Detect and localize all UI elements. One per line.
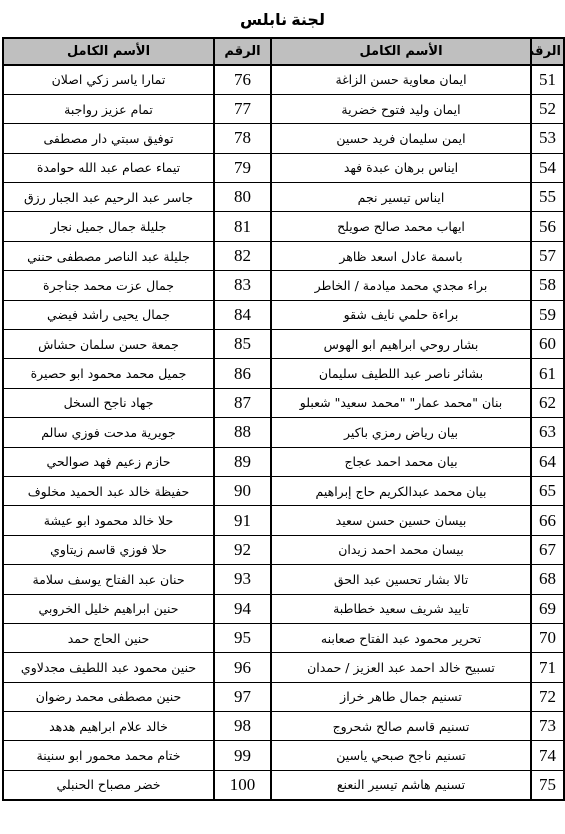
name-cell-left: جمال عزت محمد جناجرة: [3, 271, 214, 300]
table-row: 72 تسنيم جمال طاهر خراز 97 حنين مصطفى مح…: [3, 682, 564, 711]
name-cell-right: ايمان وليد فتوح خضرية: [271, 94, 531, 123]
table-row: 58 براء مجدي محمد ميادمة / الخاطر 83 جما…: [3, 271, 564, 300]
name-cell-left: حنين الحاج حمد: [3, 623, 214, 652]
header-name-left: الأسم الكامل: [3, 38, 214, 65]
name-cell-left: جمال يحيى راشد فيضي: [3, 300, 214, 329]
name-cell-left: تمارا ياسر زكي اصلان: [3, 65, 214, 94]
header-row: الرقم الأسم الكامل الرقم الأسم الكامل: [3, 38, 564, 65]
number-cell-right: 73: [531, 712, 564, 741]
number-cell-left: 94: [214, 594, 271, 623]
number-cell-right: 63: [531, 418, 564, 447]
number-cell-left: 95: [214, 623, 271, 652]
table-body: 51 ايمان معاوية حسن الزاغة 76 تمارا ياسر…: [3, 65, 564, 800]
table-row: 54 ايناس برهان عبدة فهد 79 تيماء عصام عب…: [3, 153, 564, 182]
number-cell-left: 82: [214, 241, 271, 270]
table-row: 57 باسمة عادل اسعد ظاهر 82 جليلة عبد الن…: [3, 241, 564, 270]
number-cell-left: 91: [214, 506, 271, 535]
number-cell-left: 79: [214, 153, 271, 182]
table-row: 52 ايمان وليد فتوح خضرية 77 تمام عزيز رو…: [3, 94, 564, 123]
name-cell-right: باسمة عادل اسعد ظاهر: [271, 241, 531, 270]
name-cell-right: تحرير محمود عبد الفتاح صعابنه: [271, 623, 531, 652]
number-cell-left: 84: [214, 300, 271, 329]
number-cell-left: 89: [214, 447, 271, 476]
number-cell-left: 100: [214, 770, 271, 799]
number-cell-right: 64: [531, 447, 564, 476]
number-cell-right: 71: [531, 653, 564, 682]
name-cell-left: جليلة جمال جميل نجار: [3, 212, 214, 241]
number-cell-right: 52: [531, 94, 564, 123]
name-cell-right: تالا بشار تحسين عبد الحق: [271, 565, 531, 594]
table-row: 73 تسنيم قاسم صالح شحروج 98 خالد علام اب…: [3, 712, 564, 741]
number-cell-left: 99: [214, 741, 271, 770]
name-cell-right: ايهاب محمد صالح صويلح: [271, 212, 531, 241]
number-cell-right: 61: [531, 359, 564, 388]
table-row: 66 بيسان حسين حسن سعيد 91 حلا خالد محمود…: [3, 506, 564, 535]
number-cell-right: 66: [531, 506, 564, 535]
name-cell-right: تسنيم ناجح صبحي ياسين: [271, 741, 531, 770]
header-number-right: الرقم: [531, 38, 564, 65]
name-cell-right: بشار روحي ابراهيم ابو الهوس: [271, 330, 531, 359]
name-cell-left: خالد علام ابراهيم هدهد: [3, 712, 214, 741]
table-row: 53 ايمن سليمان فريد حسين 78 توفيق سبتي د…: [3, 124, 564, 153]
name-cell-right: بيسان حسين حسن سعيد: [271, 506, 531, 535]
table-row: 55 ايناس تيسير نجم 80 جاسر عبد الرحيم عب…: [3, 183, 564, 212]
page-title: لجنة نابلس: [0, 10, 565, 30]
number-cell-left: 83: [214, 271, 271, 300]
number-cell-left: 97: [214, 682, 271, 711]
roster-table: الرقم الأسم الكامل الرقم الأسم الكامل 51…: [2, 37, 565, 801]
document-page: لجنة نابلس الرقم الأسم الكامل الرقم الأس…: [0, 0, 565, 834]
name-cell-left: حفيظة خالد عبد الحميد مخلوف: [3, 476, 214, 505]
name-cell-right: تسنيم جمال طاهر خراز: [271, 682, 531, 711]
name-cell-right: تسنيم هاشم تيسير النعنع: [271, 770, 531, 799]
number-cell-right: 60: [531, 330, 564, 359]
header-number-left: الرقم: [214, 38, 271, 65]
name-cell-right: ايناس برهان عبدة فهد: [271, 153, 531, 182]
name-cell-right: ايمان معاوية حسن الزاغة: [271, 65, 531, 94]
number-cell-left: 86: [214, 359, 271, 388]
table-row: 74 تسنيم ناجح صبحي ياسين 99 ختام محمد مح…: [3, 741, 564, 770]
number-cell-right: 58: [531, 271, 564, 300]
name-cell-left: حلا خالد محمود ابو عيشة: [3, 506, 214, 535]
number-cell-right: 55: [531, 183, 564, 212]
table-row: 62 بنان "محمد عمار" "محمد سعيد" شعبلو 87…: [3, 388, 564, 417]
name-cell-left: جمعة حسن سلمان حشاش: [3, 330, 214, 359]
name-cell-left: تمام عزيز رواجبة: [3, 94, 214, 123]
name-cell-left: جويرية مدحت فوزي سالم: [3, 418, 214, 447]
number-cell-right: 56: [531, 212, 564, 241]
number-cell-left: 93: [214, 565, 271, 594]
name-cell-left: حازم زعيم فهد صوالحي: [3, 447, 214, 476]
number-cell-right: 53: [531, 124, 564, 153]
table-header: الرقم الأسم الكامل الرقم الأسم الكامل: [3, 38, 564, 65]
name-cell-right: بشائر ناصر عبد اللطيف سليمان: [271, 359, 531, 388]
number-cell-right: 67: [531, 535, 564, 564]
table-row: 71 تسبيح خالد احمد عبد العزيز / حمدان 96…: [3, 653, 564, 682]
name-cell-left: تيماء عصام عبد الله حوامدة: [3, 153, 214, 182]
number-cell-left: 78: [214, 124, 271, 153]
table-row: 68 تالا بشار تحسين عبد الحق 93 حنان عبد …: [3, 565, 564, 594]
table-row: 60 بشار روحي ابراهيم ابو الهوس 85 جمعة ح…: [3, 330, 564, 359]
number-cell-right: 69: [531, 594, 564, 623]
name-cell-right: بيان محمد احمد عجاج: [271, 447, 531, 476]
number-cell-left: 76: [214, 65, 271, 94]
name-cell-left: حنين مصطفى محمد رضوان: [3, 682, 214, 711]
name-cell-left: جميل محمد محمود ابو حصيرة: [3, 359, 214, 388]
number-cell-right: 65: [531, 476, 564, 505]
number-cell-right: 72: [531, 682, 564, 711]
table-row: 65 بيان محمد عبدالكريم حاج إبراهيم 90 حف…: [3, 476, 564, 505]
name-cell-left: جهاد ناجح السخل: [3, 388, 214, 417]
number-cell-left: 98: [214, 712, 271, 741]
name-cell-left: جاسر عبد الرحيم عبد الجبار رزق: [3, 183, 214, 212]
number-cell-right: 74: [531, 741, 564, 770]
number-cell-left: 80: [214, 183, 271, 212]
name-cell-right: براء مجدي محمد ميادمة / الخاطر: [271, 271, 531, 300]
number-cell-left: 96: [214, 653, 271, 682]
number-cell-right: 51: [531, 65, 564, 94]
name-cell-left: جليلة عبد الناصر مصطفى حنني: [3, 241, 214, 270]
name-cell-left: حنين محمود عبد اللطيف مجدلاوي: [3, 653, 214, 682]
table-row: 70 تحرير محمود عبد الفتاح صعابنه 95 حنين…: [3, 623, 564, 652]
number-cell-right: 68: [531, 565, 564, 594]
number-cell-right: 70: [531, 623, 564, 652]
table-row: 59 براءة حلمي نايف شقو 84 جمال يحيى راشد…: [3, 300, 564, 329]
table-row: 51 ايمان معاوية حسن الزاغة 76 تمارا ياسر…: [3, 65, 564, 94]
table-row: 67 بيسان محمد احمد زيدان 92 حلا فوزي قاس…: [3, 535, 564, 564]
name-cell-left: ختام محمد محمور ابو سنينة: [3, 741, 214, 770]
name-cell-right: بيسان محمد احمد زيدان: [271, 535, 531, 564]
number-cell-right: 62: [531, 388, 564, 417]
name-cell-right: بيان محمد عبدالكريم حاج إبراهيم: [271, 476, 531, 505]
number-cell-right: 54: [531, 153, 564, 182]
number-cell-left: 77: [214, 94, 271, 123]
header-name-right: الأسم الكامل: [271, 38, 531, 65]
name-cell-left: توفيق سبتي دار مصطفى: [3, 124, 214, 153]
name-cell-right: ايمن سليمان فريد حسين: [271, 124, 531, 153]
table-row: 69 تاييد شريف سعيد خطاطبة 94 حنين ابراهي…: [3, 594, 564, 623]
number-cell-right: 75: [531, 770, 564, 799]
table-row: 56 ايهاب محمد صالح صويلح 81 جليلة جمال ج…: [3, 212, 564, 241]
name-cell-left: حنان عبد الفتاح يوسف سلامة: [3, 565, 214, 594]
name-cell-right: بيان رياض رمزي باكير: [271, 418, 531, 447]
name-cell-right: تاييد شريف سعيد خطاطبة: [271, 594, 531, 623]
number-cell-left: 92: [214, 535, 271, 564]
number-cell-left: 81: [214, 212, 271, 241]
name-cell-right: ايناس تيسير نجم: [271, 183, 531, 212]
table-row: 75 تسنيم هاشم تيسير النعنع 100 خضر مصباح…: [3, 770, 564, 799]
name-cell-right: تسبيح خالد احمد عبد العزيز / حمدان: [271, 653, 531, 682]
table-row: 63 بيان رياض رمزي باكير 88 جويرية مدحت ف…: [3, 418, 564, 447]
table-row: 61 بشائر ناصر عبد اللطيف سليمان 86 جميل …: [3, 359, 564, 388]
name-cell-left: خضر مصباح الحنبلي: [3, 770, 214, 799]
number-cell-right: 59: [531, 300, 564, 329]
number-cell-left: 87: [214, 388, 271, 417]
name-cell-right: براءة حلمي نايف شقو: [271, 300, 531, 329]
name-cell-right: بنان "محمد عمار" "محمد سعيد" شعبلو: [271, 388, 531, 417]
table-row: 64 بيان محمد احمد عجاج 89 حازم زعيم فهد …: [3, 447, 564, 476]
number-cell-right: 57: [531, 241, 564, 270]
number-cell-left: 85: [214, 330, 271, 359]
number-cell-left: 88: [214, 418, 271, 447]
name-cell-left: حلا فوزي قاسم زيتاوي: [3, 535, 214, 564]
number-cell-left: 90: [214, 476, 271, 505]
name-cell-left: حنين ابراهيم خليل الخروبي: [3, 594, 214, 623]
name-cell-right: تسنيم قاسم صالح شحروج: [271, 712, 531, 741]
